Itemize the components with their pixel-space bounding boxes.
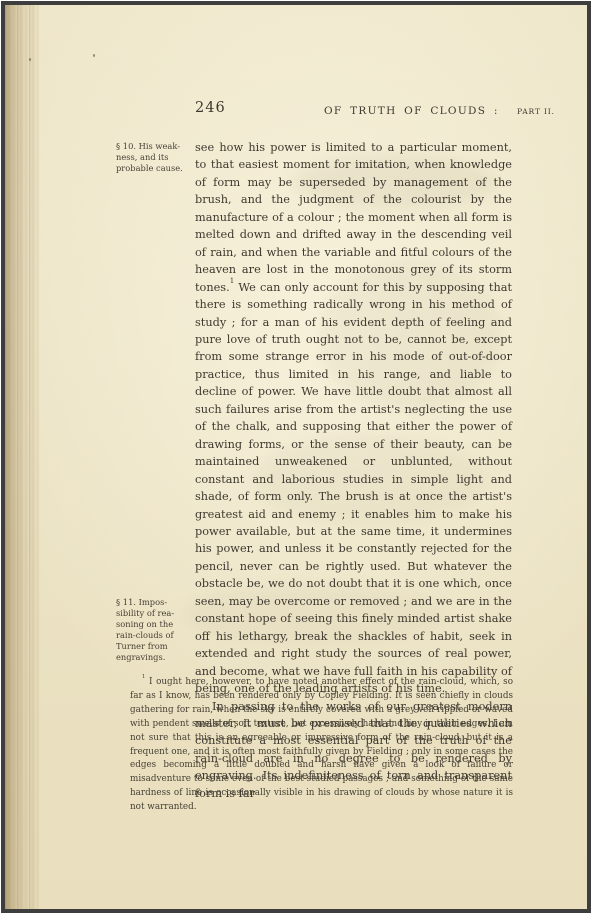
running-title: OF TRUTH OF CLOUDS : xyxy=(324,105,499,117)
binding-gutter-shading xyxy=(5,5,39,909)
margin-note-line: rain-clouds of xyxy=(116,630,194,641)
margin-note-section-11: § 11. Impos- sibility of rea- soning on … xyxy=(116,597,194,662)
footnote-marker: 1 xyxy=(142,674,145,680)
margin-note-line: probable cause. xyxy=(116,163,194,174)
footnote-reference: 1 xyxy=(230,277,234,285)
margin-note-line: § 11. Impos- xyxy=(116,597,194,608)
paragraph-1-text: see how his power is limited to a partic… xyxy=(195,141,512,294)
paragraph-1-continuation: We can only account for this by supposin… xyxy=(195,281,512,695)
body-paragraph-1: see how his power is limited to a partic… xyxy=(195,139,512,698)
margin-note-line: Turner from xyxy=(116,641,194,652)
paper-speck xyxy=(93,54,95,57)
footnote-paragraph: 1 I ought here, however, to have noted a… xyxy=(130,676,513,815)
part-label: PART II. xyxy=(517,107,555,116)
page-number: 246 xyxy=(195,100,226,116)
margin-note-line: soning on the xyxy=(116,619,194,630)
margin-note-line: sibility of rea- xyxy=(116,608,194,619)
footnote-block: 1 I ought here, however, to have noted a… xyxy=(130,676,513,815)
margin-note-line: ness, and its xyxy=(116,152,194,163)
footnote-text: I ought here, however, to have noted ano… xyxy=(130,677,513,812)
margin-note-line: § 10. His weak- xyxy=(116,141,194,152)
margin-note-section-10: § 10. His weak- ness, and its probable c… xyxy=(116,141,194,174)
scanned-book-page: 246 OF TRUTH OF CLOUDS : PART II. § 10. … xyxy=(1,1,591,913)
margin-note-line: engravings. xyxy=(116,652,194,663)
paper-speck xyxy=(29,58,31,61)
